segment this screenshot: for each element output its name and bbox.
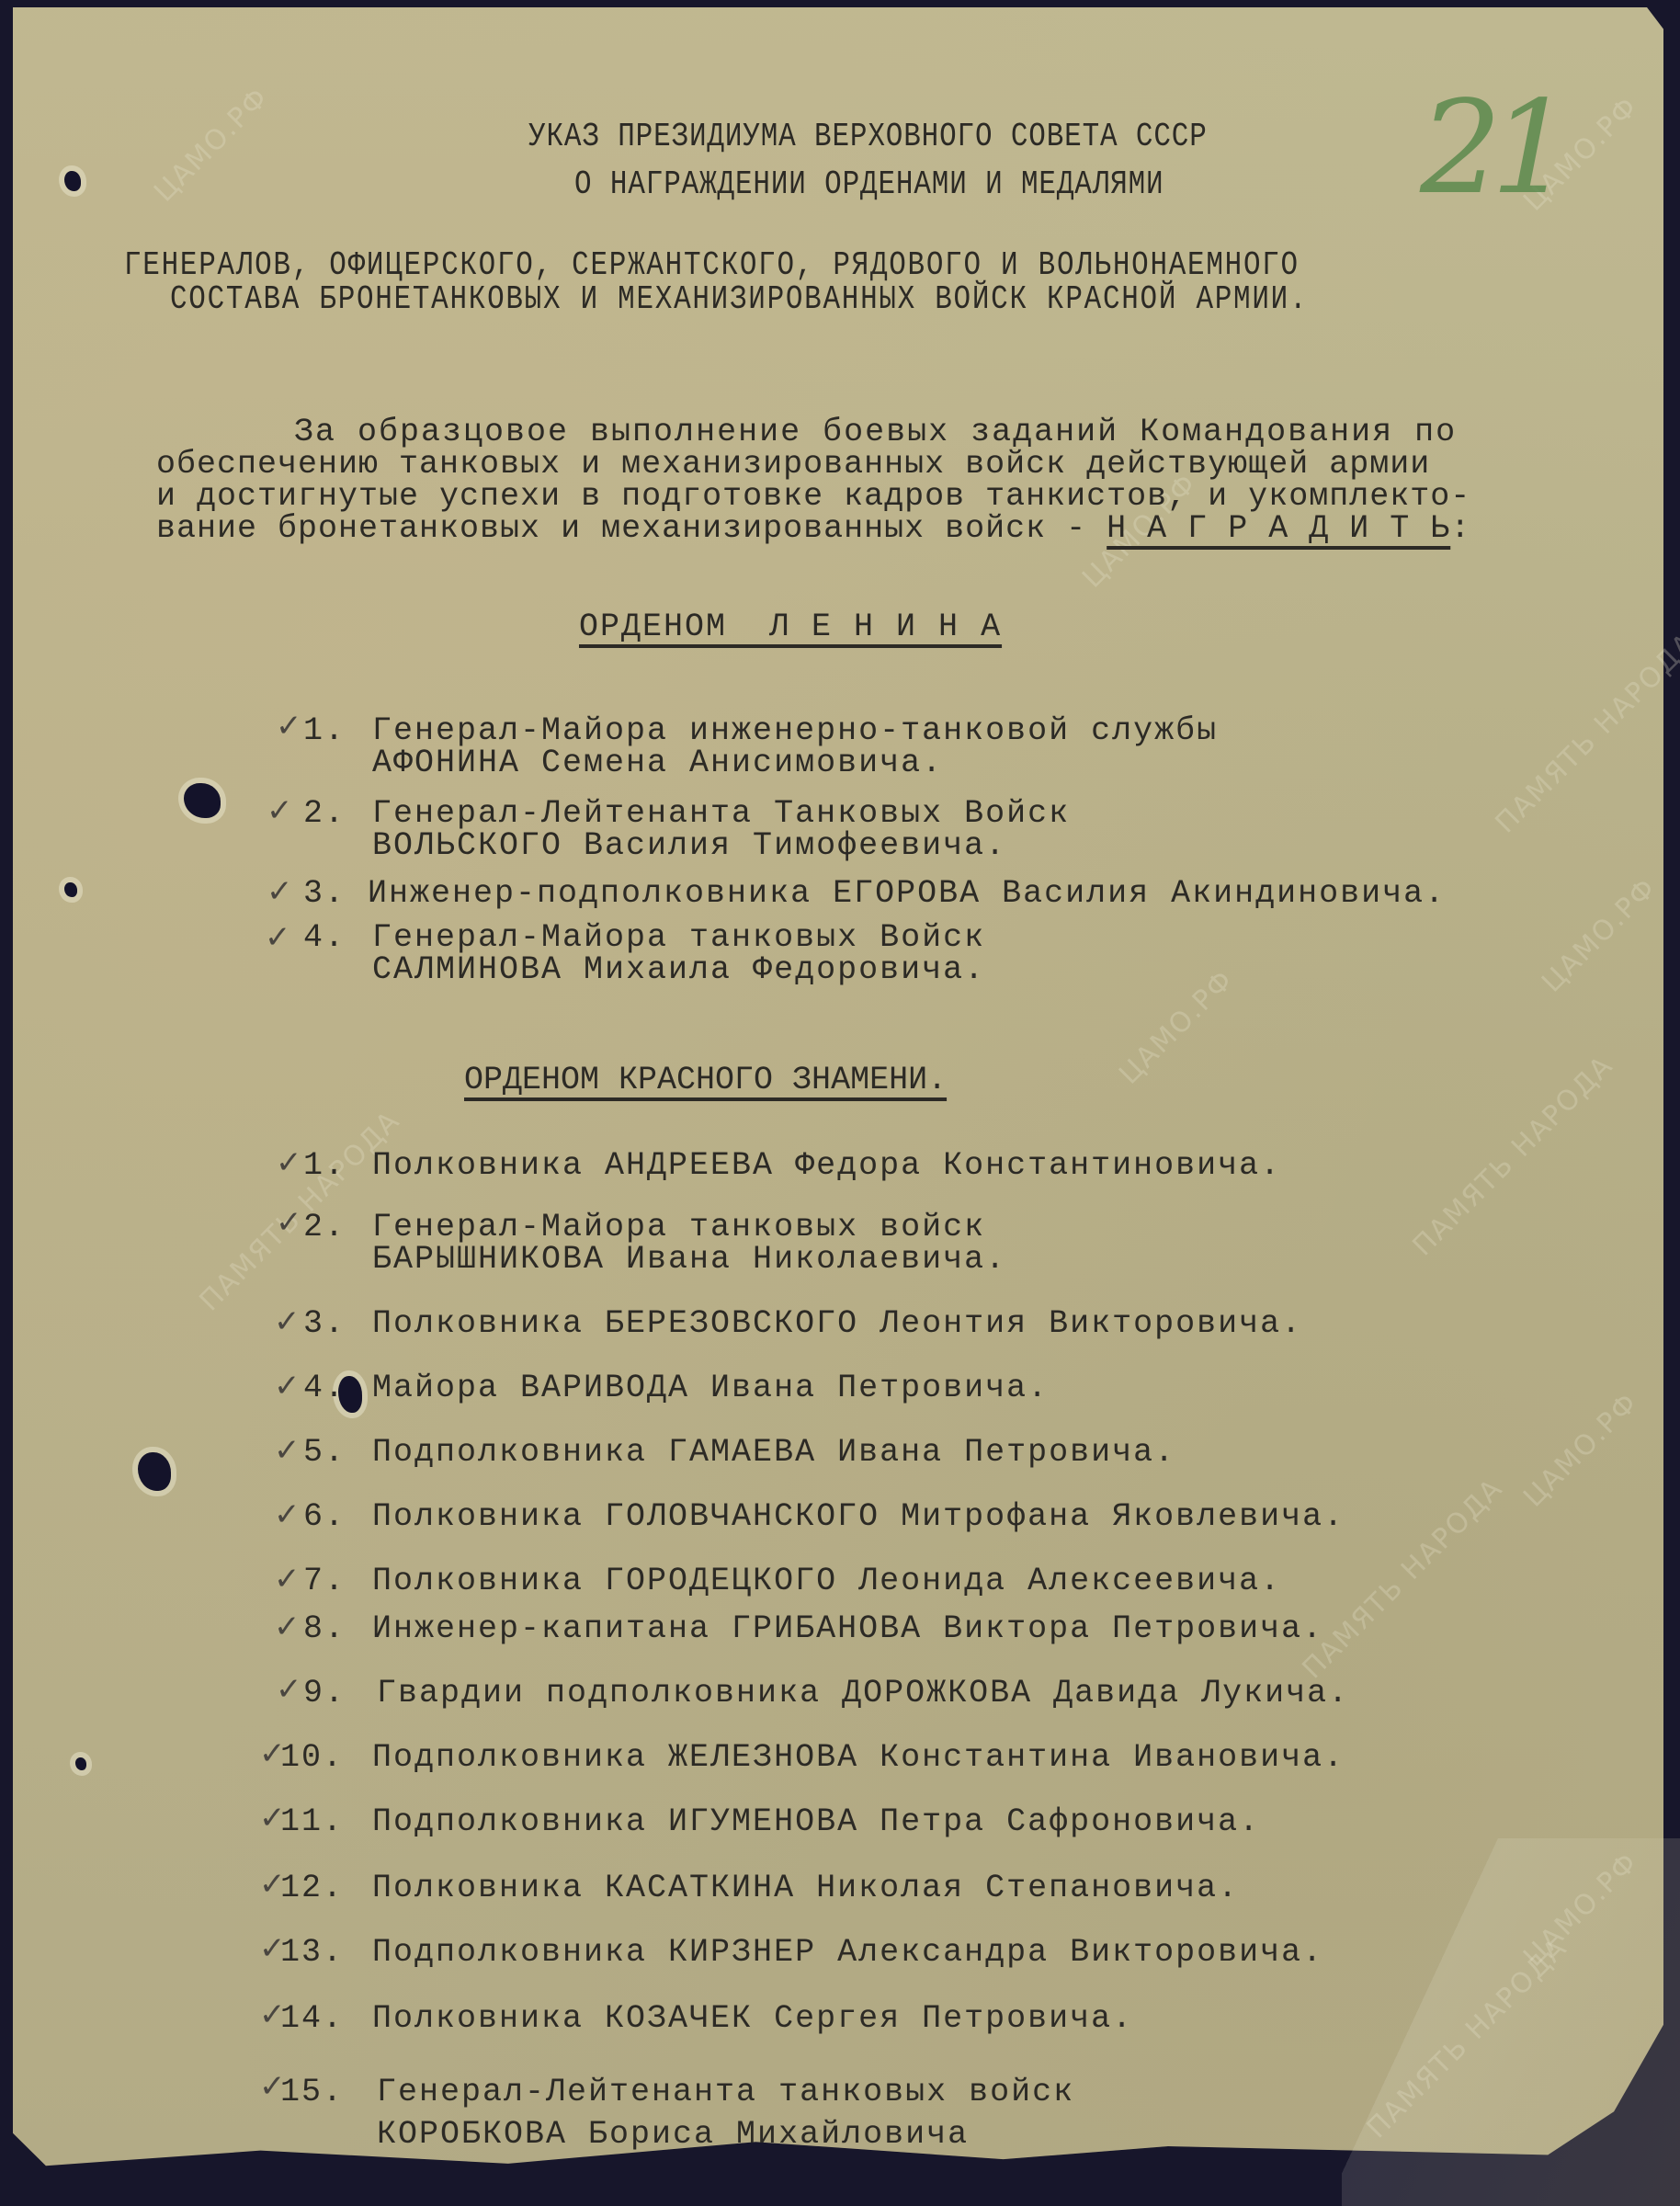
item-number: 3. [303,875,346,912]
check-mark-icon: ✓ [276,1144,302,1181]
item-line-1: Инженер-капитана ГРИБАНОВА Виктора Петро… [372,1610,1323,1647]
preamble-line-1: За образцовое выполнение боевых заданий … [294,414,1457,450]
item-line-2: АФОНИНА Семена Анисимовича. [372,745,943,781]
item-number: 7. [303,1563,346,1599]
award-word: Н А Г Р А Д И Т Ь [1107,510,1450,547]
item-line-1: Полковника ГОЛОВЧАНСКОГО Митрофана Яковл… [372,1498,1345,1535]
item-line-1: Полковника КОЗАЧЕК Сергея Петровича. [372,2000,1133,2037]
section-heading-order-of-red-banner: ОРДЕНОМ КРАСНОГО ЗНАМЕНИ. [464,1062,947,1098]
check-mark-icon: ✓ [274,1496,301,1533]
preamble-line-3: и достигнутые успехи в подготовке кадров… [156,478,1470,515]
item-line-2: БАРЫШНИКОВА Ивана Николаевича. [372,1241,1006,1278]
item-line-2: ВОЛЬСКОГО Василия Тимофеевича. [372,827,1006,864]
check-mark-icon: ✓ [267,873,293,910]
check-mark-icon: ✓ [267,792,293,829]
subtitle-line-1: ГЕНЕРАЛОВ, ОФИЦЕРСКОГО, СЕРЖАНТСКОГО, РЯ… [124,246,1300,284]
check-mark-icon: ✓ [274,1432,301,1469]
item-line-1: Инженер-подполковника ЕГОРОВА Василия Ак… [368,875,1446,912]
punch-hole [64,882,77,897]
item-line-1: Полковника БЕРЕЗОВСКОГО Леонтия Викторов… [372,1305,1302,1342]
item-line-1: Подполковника ЖЕЛЕЗНОВА Константина Иван… [372,1739,1345,1776]
item-number: 15. [280,2074,344,2110]
subtitle-line-2: СОСТАВА БРОНЕТАНКОВЫХ И МЕХАНИЗИРОВАННЫХ… [170,280,1308,318]
item-line-1: Генерал-Лейтенанта Танковых Войск [372,795,1070,832]
item-number: 4. [303,919,346,956]
item-number: 2. [303,1209,346,1245]
item-line-1: Майора ВАРИВОДА Ивана Петровича. [372,1370,1049,1406]
item-number: 12. [280,1870,344,1906]
item-line-1: Генерал-Лейтенанта танковых войск [377,2074,1074,2110]
handwritten-page-number: 21 [1420,74,1561,223]
preamble-line-2: обеспечению танковых и механизированных … [156,446,1430,483]
item-line-1: Генерал-Майора инженерно-танковой службы [372,712,1218,749]
item-number: 11. [280,1803,344,1840]
check-mark-icon: ✓ [265,919,291,956]
preamble-text: вание бронетанковых и механизированных в… [156,510,1107,547]
item-number: 10. [280,1739,344,1776]
punch-hole [64,171,81,191]
item-number: 1. [303,1147,346,1184]
item-number: 13. [280,1934,344,1971]
item-line-1: Генерал-Майора танковых Войск [372,919,985,956]
check-mark-icon: ✓ [274,1368,301,1404]
item-number: 4. [303,1370,346,1406]
item-number: 14. [280,2000,344,2037]
item-number: 6. [303,1498,346,1535]
title-line-1: УКАЗ ПРЕЗИДИУМА ВЕРХОВНОГО СОВЕТА СССР [528,118,1208,155]
item-number: 1. [303,712,346,749]
punch-hole [75,1757,86,1770]
item-number: 9. [303,1675,346,1711]
item-number: 5. [303,1434,346,1471]
check-mark-icon: ✓ [274,1303,301,1340]
preamble-line-4: вание бронетанковых и механизированных в… [156,510,1470,547]
item-number: 3. [303,1305,346,1342]
item-line-1: Подполковника ИГУМЕНОВА Петра Сафронович… [372,1803,1260,1840]
item-line-1: Полковника ГОРОДЕЦКОГО Леонида Алексееви… [372,1563,1281,1599]
item-line-1: Гвардии подполковника ДОРОЖКОВА Давида Л… [377,1675,1349,1711]
check-mark-icon: ✓ [276,1204,302,1241]
item-line-1: Подполковника ГАМАЕВА Ивана Петровича. [372,1434,1175,1471]
item-line-1: Подполковника КИРЗНЕР Александра Викторо… [372,1934,1323,1971]
check-mark-icon: ✓ [276,1671,302,1708]
item-line-1: Генерал-Майора танковых войск [372,1209,985,1245]
check-mark-icon: ✓ [274,1561,301,1598]
item-line-2: САЛМИНОВА Михаила Федоровича. [372,951,985,988]
check-mark-icon: ✓ [274,1609,301,1645]
section-heading-order-of-lenin: ОРДЕНОМ Л Е Н И Н А [579,608,1002,645]
item-number: 2. [303,795,346,832]
item-line-1: Полковника КАСАТКИНА Николая Степановича… [372,1870,1239,1906]
item-number: 8. [303,1610,346,1647]
item-line-1: Полковника АНДРЕЕВА Федора Константинови… [372,1147,1281,1184]
preamble-colon: : [1450,510,1470,547]
item-line-2: КОРОБКОВА Бориса Михайловича [377,2116,969,2153]
title-line-2: О НАГРАЖДЕНИИ ОРДЕНАМИ И МЕДАЛЯМИ [574,165,1164,203]
check-mark-icon: ✓ [276,708,302,745]
